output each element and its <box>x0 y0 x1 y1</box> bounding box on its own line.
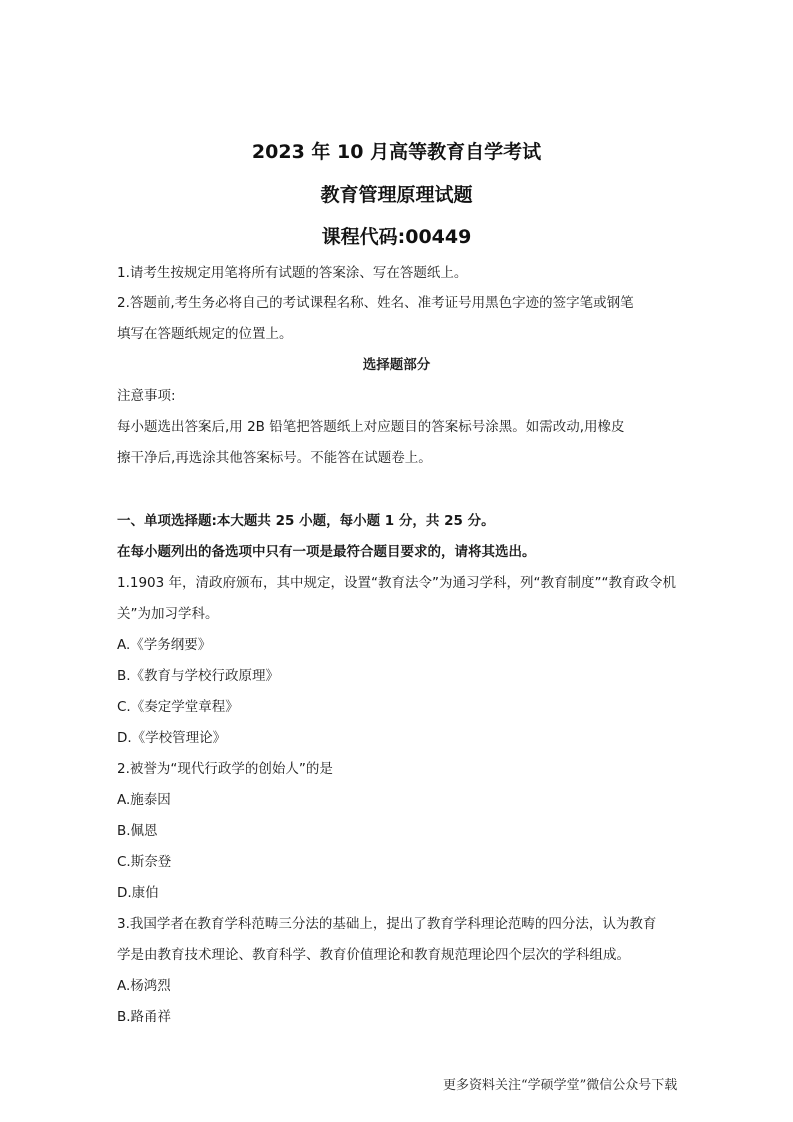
exam-subtitle: 教育管理原理试题 <box>0 180 793 207</box>
question-2-option-d: D.康伯 <box>117 881 159 901</box>
notice-label: 注意事项: <box>117 384 176 404</box>
part1-instruction: 在每小题列出的备选项中只有一项是最符合题目要求的，请将其选出。 <box>117 540 536 560</box>
question-3-stem: 3.我国学者在教育学科范畴三分法的基础上，提出了教育学科理论范畴的四分法，认为教… <box>117 912 656 932</box>
question-1-option-b: B.《教育与学校行政原理》 <box>117 664 279 684</box>
question-3-option-b: B.路甬祥 <box>117 1005 171 1025</box>
question-2-option-b: B.佩恩 <box>117 819 158 839</box>
exam-title: 2023 年 10 月高等教育自学考试 <box>0 137 793 164</box>
question-2-option-c: C.斯奈登 <box>117 850 171 870</box>
instruction-2: 2.答题前,考生务必将自己的考试课程名称、姓名、准考证号用黑色字迹的签字笔或钢笔 <box>117 291 634 311</box>
notice-line-2: 擦干净后,再选涂其他答案标号。不能答在试题卷上。 <box>117 446 432 466</box>
notice-line-1: 每小题选出答案后,用 2B 铅笔把答题纸上对应题目的答案标号涂黑。如需改动,用橡… <box>117 415 625 435</box>
question-1-option-a: A.《学务纲要》 <box>117 633 211 653</box>
question-3-option-a: A.杨鸿烈 <box>117 974 171 994</box>
course-code: 课程代码:00449 <box>0 222 793 249</box>
instruction-1: 1.请考生按规定用笔将所有试题的答案涂、写在答题纸上。 <box>117 261 467 281</box>
question-2-option-a: A.施泰因 <box>117 788 171 808</box>
instruction-2-cont: 填写在答题纸规定的位置上。 <box>117 322 293 342</box>
question-1-option-c: C.《奏定学堂章程》 <box>117 695 239 715</box>
question-1-stem-cont: 关”为加习学科。 <box>117 602 219 622</box>
question-3-stem-cont: 学是由教育技术理论、教育科学、教育价值理论和教育规范理论四个层次的学科组成。 <box>117 943 630 963</box>
section-heading: 选择题部分 <box>0 353 793 373</box>
part1-heading: 一、单项选择题:本大题共 25 小题，每小题 1 分，共 25 分。 <box>117 509 495 529</box>
page-footer: 更多资料关注“学硕学堂”微信公众号下载 <box>443 1074 677 1093</box>
question-1-option-d: D.《学校管理论》 <box>117 726 226 746</box>
question-1-stem: 1.1903 年，清政府颁布，其中规定，设置“教育法令”为通习学科，列“教育制度… <box>117 571 676 591</box>
question-2-stem: 2.被誉为“现代行政学的创始人”的是 <box>117 757 333 777</box>
